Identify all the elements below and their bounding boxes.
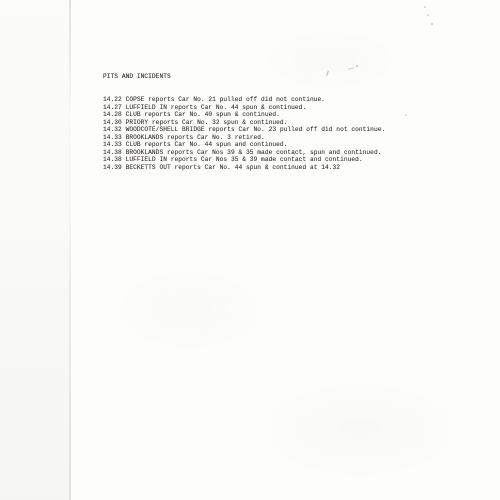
scanned-page: PITS AND INCIDENTS 14.22 COPSE reports C… bbox=[0, 0, 500, 500]
scan-speck bbox=[427, 14, 429, 16]
scan-speck bbox=[405, 114, 407, 116]
page-left-margin bbox=[0, 0, 69, 500]
pencil-dot-mark bbox=[356, 65, 358, 67]
incident-line: 14.33 BROOKLANDS reports Car No. 3 retir… bbox=[103, 134, 385, 142]
pencil-slash-mark bbox=[326, 71, 328, 76]
scan-speck bbox=[424, 6, 426, 8]
incident-line: 14.33 CLUB reports Car No. 44 spun and c… bbox=[103, 141, 385, 149]
incident-line: 14.27 LUFFIELD IN reports Car No. 44 spu… bbox=[103, 104, 385, 112]
incident-line: 14.38 BROOKLANDS reports Car Nos 39 & 35… bbox=[103, 149, 385, 157]
incident-line: 14.32 WOODCOTE/SHELL BRIDGE reports Car … bbox=[103, 126, 385, 134]
incident-line: 14.28 CLUB reports Car No. 40 spun & con… bbox=[103, 111, 385, 119]
incident-line: 14.22 COPSE reports Car No. 21 pulled of… bbox=[103, 96, 385, 104]
incident-line: 14.39 BECKETTS OUT reports Car No. 44 sp… bbox=[103, 164, 385, 172]
page-title: PITS AND INCIDENTS bbox=[103, 73, 171, 80]
paper-edge-line bbox=[69, 0, 71, 500]
incident-list: 14.22 COPSE reports Car No. 21 pulled of… bbox=[103, 96, 385, 171]
scan-speck bbox=[431, 23, 433, 25]
incident-line: 14.38 LUFFIELD IN reports Car Nos 35 & 3… bbox=[103, 156, 385, 164]
pencil-dash-mark bbox=[348, 67, 354, 69]
incident-line: 14.30 PRIORY reports Car No. 32 spun & c… bbox=[103, 119, 385, 127]
